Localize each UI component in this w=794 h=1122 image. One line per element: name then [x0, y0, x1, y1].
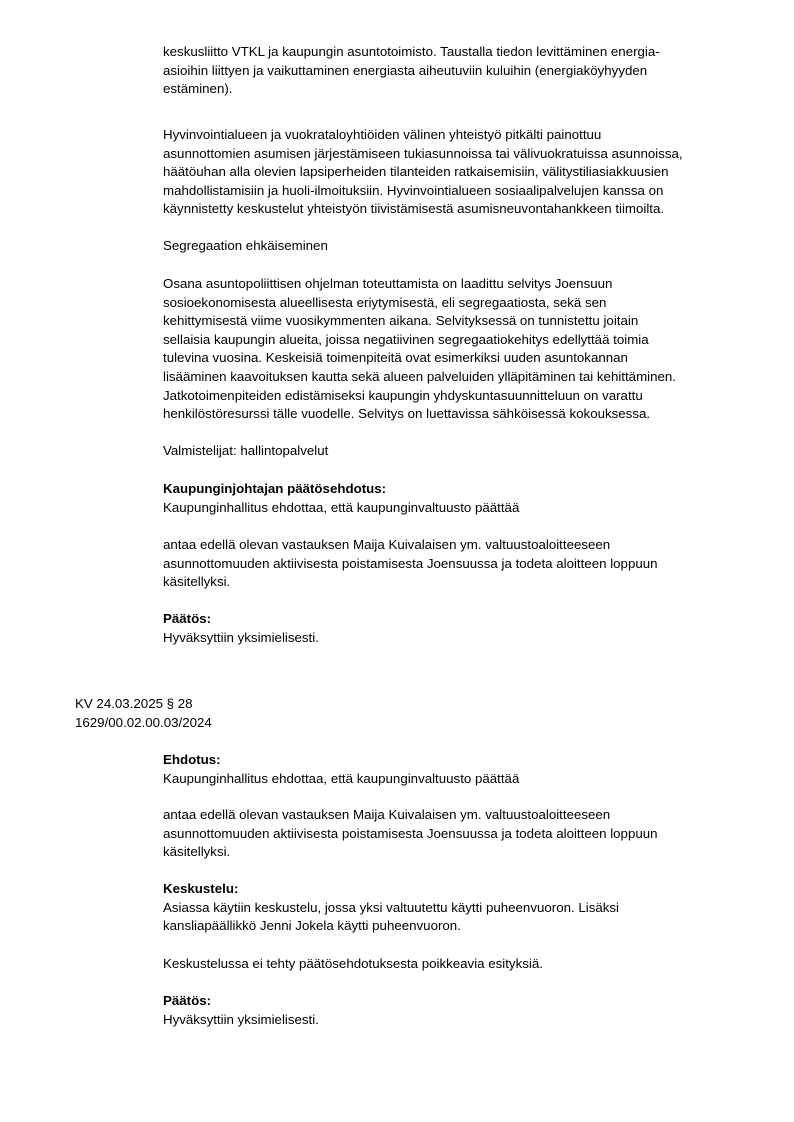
text-line: käsitellyksi.: [163, 573, 753, 592]
text-line: Hyvinvointialueen ja vuokrataloyhtiöiden…: [163, 126, 753, 145]
meeting-reference: KV 24.03.2025 § 28: [75, 695, 212, 714]
segregation-heading: Segregaation ehkäiseminen: [163, 237, 753, 256]
proposal-body: antaa edellä olevan vastauksen Maija Kui…: [163, 536, 753, 592]
preparers-text: Valmistelijat: hallintopalvelut: [163, 442, 753, 461]
text-line: asioihin liittyen ja vaikuttaminen energ…: [163, 62, 753, 81]
text-line: asunnottomuuden aktiivisesta poistamises…: [163, 825, 753, 844]
text-line: asunnottomuuden aktiivisesta poistamises…: [163, 555, 753, 574]
proposal-heading: Kaupunginjohtajan päätösehdotus:: [163, 480, 753, 499]
text-line: sellaisia kaupungin alueita, joissa nega…: [163, 331, 753, 350]
text-line: antaa edellä olevan vastauksen Maija Kui…: [163, 806, 753, 825]
case-number: 1629/00.02.00.03/2024: [75, 714, 212, 733]
decision: Päätös: Hyväksyttiin yksimielisesti.: [163, 610, 753, 647]
text-line: häätöuhan alla olevien lapsiperheiden ti…: [163, 163, 753, 182]
wellbeing-paragraph: Hyvinvointialueen ja vuokrataloyhtiöiden…: [163, 126, 753, 219]
text-line: antaa edellä olevan vastauksen Maija Kui…: [163, 536, 753, 555]
section-subheading: Segregaation ehkäiseminen: [163, 237, 753, 256]
preparers: Valmistelijat: hallintopalvelut: [163, 442, 753, 461]
discussion-heading: Keskustelu:: [163, 880, 753, 899]
text-line: keskusliitto VTKL ja kaupungin asuntotoi…: [163, 43, 753, 62]
text-line: lisääminen kaavoituksen kautta sekä alue…: [163, 368, 753, 387]
text-line: mahdollistamisiin ja huoli-ilmoituksiin.…: [163, 182, 753, 201]
discussion-note-text: Keskustelussa ei tehty päätösehdotuksest…: [163, 955, 753, 974]
decision-text: Hyväksyttiin yksimielisesti.: [163, 1011, 753, 1030]
council-proposal: Ehdotus: Kaupunginhallitus ehdottaa, ett…: [163, 751, 753, 788]
mayor-proposal: Kaupunginjohtajan päätösehdotus: Kaupung…: [163, 480, 753, 517]
discussion: Keskustelu: Asiassa käytiin keskustelu, …: [163, 880, 753, 936]
text-line: käynnistetty keskustelut yhteistyön tiiv…: [163, 200, 753, 219]
decision-heading: Päätös:: [163, 992, 753, 1011]
council-decision: Päätös: Hyväksyttiin yksimielisesti.: [163, 992, 753, 1029]
text-line: sosioekonomisesta alueellisesta eriytymi…: [163, 294, 753, 313]
intro-paragraph: keskusliitto VTKL ja kaupungin asuntotoi…: [163, 43, 753, 99]
text-line: kansliapäällikkö Jenni Jokela käytti puh…: [163, 917, 753, 936]
proposal-intro: Kaupunginhallitus ehdottaa, että kaupung…: [163, 770, 753, 789]
text-line: Jatkotoimenpiteiden edistämiseksi kaupun…: [163, 387, 753, 406]
proposal-heading: Ehdotus:: [163, 751, 753, 770]
proposal-intro: Kaupunginhallitus ehdottaa, että kaupung…: [163, 499, 753, 518]
text-line: Osana asuntopoliittisen ohjelman toteutt…: [163, 275, 753, 294]
decision-text: Hyväksyttiin yksimielisesti.: [163, 629, 753, 648]
text-line: henkilöstöresurssi tälle vuodelle. Selvi…: [163, 405, 753, 424]
decision-heading: Päätös:: [163, 610, 753, 629]
text-line: estäminen).: [163, 80, 753, 99]
segregation-paragraph: Osana asuntopoliittisen ohjelman toteutt…: [163, 275, 753, 424]
discussion-note: Keskustelussa ei tehty päätösehdotuksest…: [163, 955, 753, 974]
meeting-meta: KV 24.03.2025 § 28 1629/00.02.00.03/2024: [75, 695, 212, 732]
text-line: tulevina vuosina. Keskeisiä toimenpiteit…: [163, 349, 753, 368]
text-line: asunnottomien asumisen järjestämiseen tu…: [163, 145, 753, 164]
text-line: Asiassa käytiin keskustelu, jossa yksi v…: [163, 899, 753, 918]
council-proposal-body: antaa edellä olevan vastauksen Maija Kui…: [163, 806, 753, 862]
text-line: käsitellyksi.: [163, 843, 753, 862]
text-line: kehittymisestä viime vuosikymmenten aika…: [163, 312, 753, 331]
